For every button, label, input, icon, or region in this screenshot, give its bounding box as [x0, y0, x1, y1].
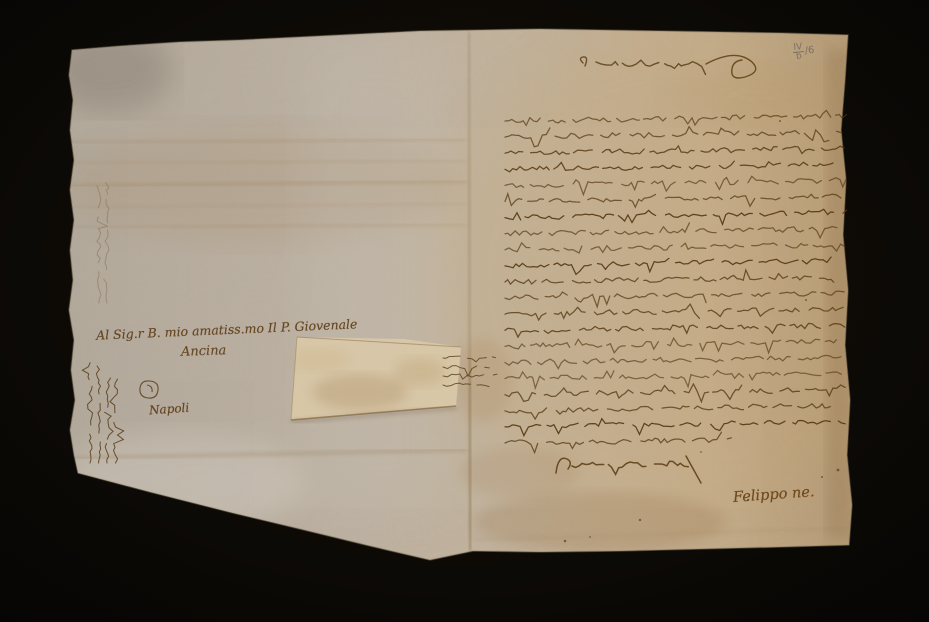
shelfmark-denominator: b [796, 51, 803, 62]
photograph-of-letter: IV b /6 Al Sig.r B. mio amatiss.mo Il P.… [0, 0, 929, 622]
letter-artwork [0, 0, 929, 622]
shelfmark-suffix: /6 [804, 45, 815, 57]
archival-shelfmark: IV b /6 [792, 42, 815, 61]
address-line-2: Ancina [181, 343, 227, 360]
paper-flap [290, 337, 461, 422]
address-city: Napoli [149, 401, 190, 418]
